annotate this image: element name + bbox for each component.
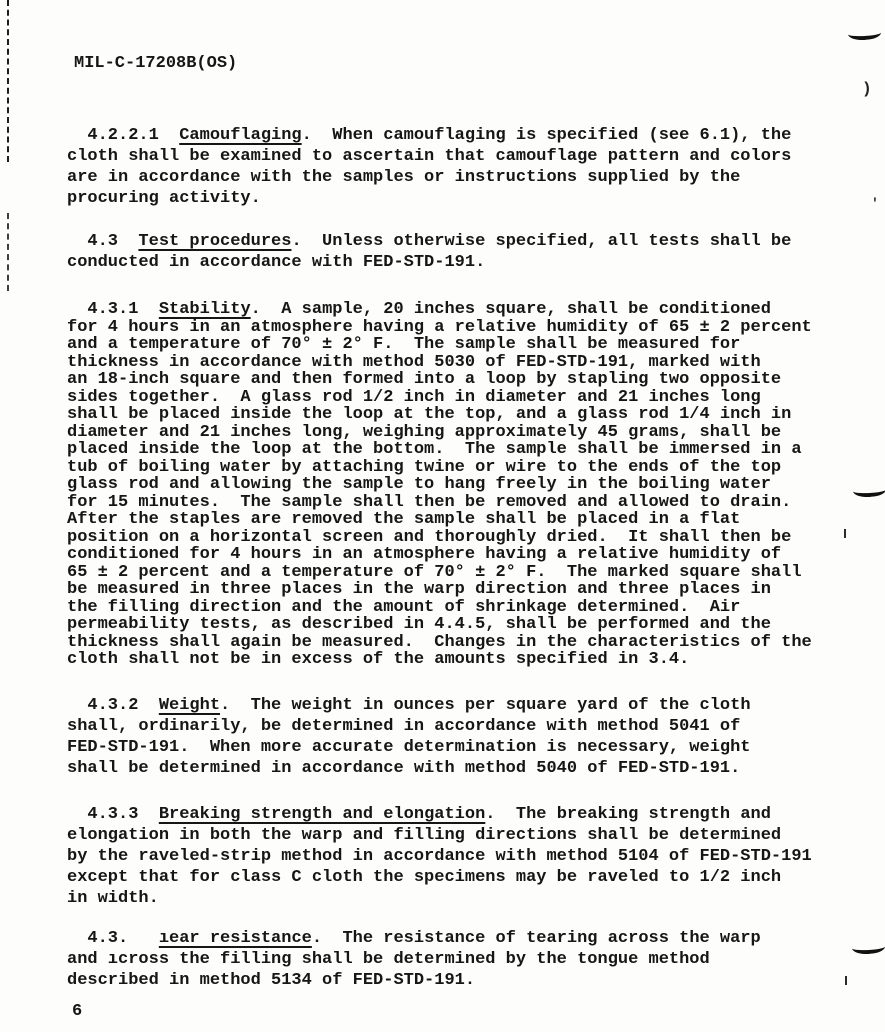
section-4-3-3-breaking-strength-and-elongation: 4.3.3 Breaking strength and elongation. … [67, 804, 857, 909]
document-header-id: MIL-C-17208B(OS) [74, 54, 237, 73]
text-line: FED-STD-191. When more accurate determin… [67, 737, 857, 758]
section-heading-text: . The breaking strength and [485, 805, 771, 824]
text-line: permeability tests, as described in 4.4.… [67, 616, 857, 634]
text-line: the filling direction and the amount of … [67, 599, 857, 617]
text-line: shall be determined in accordance with m… [67, 758, 857, 779]
scanned-document-page: ) ' MIL-C-17208B(OS) 4.2.2.1 Camouflagin… [0, 0, 885, 1032]
text-line: thickness in accordance with method 5030… [67, 354, 857, 372]
section-4-3-2-weight: 4.3.2 Weight. The weight in ounces per s… [67, 695, 857, 779]
section-number: 4.2.2.1 [67, 126, 179, 145]
scan-paren-mark-artifact: ) [862, 80, 872, 98]
text-line: and a temperature of 70° ± 2° F. The sam… [67, 336, 857, 354]
text-line: cloth shall be examined to ascertain tha… [67, 146, 857, 167]
section-title: Stability [159, 300, 251, 319]
text-line: elongation in both the warp and filling … [67, 825, 857, 846]
section-heading-line: 4.3 Test procedures. Unless otherwise sp… [67, 231, 857, 252]
section-title: Test procedures [138, 232, 291, 251]
text-line: placed inside the loop at the bottom. Th… [67, 441, 857, 459]
text-line: 65 ± 2 percent and a temperature of 70° … [67, 564, 857, 582]
section-title: Weight [159, 696, 220, 715]
text-line: conducted in accordance with FED-STD-191… [67, 252, 857, 273]
text-line: an 18-inch square and then formed into a… [67, 371, 857, 389]
section-heading-line: 4.3.2 Weight. The weight in ounces per s… [67, 695, 857, 716]
section-title: Camouflaging [179, 126, 301, 145]
section-heading-line: 4.3.1 Stability. A sample, 20 inches squ… [67, 301, 857, 319]
page-number: 6 [72, 1002, 82, 1021]
section-heading-text: . The resistance of tearing across the w… [312, 929, 761, 948]
text-line: cloth shall not be in excess of the amou… [67, 651, 857, 669]
text-line: After the staples are removed the sample… [67, 511, 857, 529]
section-number: 4.3. [67, 929, 159, 948]
text-line: by the raveled-strip method in accordanc… [67, 846, 857, 867]
text-line: for 15 minutes. The sample shall then be… [67, 494, 857, 512]
text-line: and ıcross the filling shall be determin… [67, 949, 857, 970]
text-line: in width. [67, 888, 857, 909]
section-heading-line: 4.3. ıear resistance. The resistance of … [67, 928, 857, 949]
section-4-3-tear-resistance: 4.3. ıear resistance. The resistance of … [67, 928, 857, 991]
scan-curl-mark-artifact [848, 26, 882, 41]
section-heading-text: . A sample, 20 inches square, shall be c… [251, 300, 771, 319]
text-line: diameter and 21 inches long, weighing ap… [67, 424, 857, 442]
section-title: Breaking strength and elongation [159, 805, 485, 824]
scan-edge-line-artifact [7, 213, 9, 291]
section-heading-text: . The weight in ounces per square yard o… [220, 696, 751, 715]
text-line: procuring activity. [67, 188, 857, 209]
text-line: tub of boiling water by attaching twine … [67, 459, 857, 477]
section-heading-line: 4.3.3 Breaking strength and elongation. … [67, 804, 857, 825]
section-number: 4.3.3 [67, 805, 159, 824]
scan-curl-mark-artifact [853, 483, 885, 498]
section-4-2-2-1-camouflaging: 4.2.2.1 Camouflaging. When camouflaging … [67, 125, 857, 209]
text-line: described in method 5134 of FED-STD-191. [67, 970, 857, 991]
document-body: 4.2.2.1 Camouflaging. When camouflaging … [67, 125, 857, 991]
section-4-3-test-procedures: 4.3 Test procedures. Unless otherwise sp… [67, 231, 857, 273]
text-line: sides together. A glass rod 1/2 inch in … [67, 389, 857, 407]
section-title: ıear resistance [159, 929, 312, 948]
text-line: shall, ordinarily, be determined in acco… [67, 716, 857, 737]
scan-edge-line-artifact [7, 0, 9, 162]
text-line: thickness shall again be measured. Chang… [67, 634, 857, 652]
scan-apostrophe-mark-artifact: ' [871, 196, 879, 211]
text-line: glass rod and allowing the sample to han… [67, 476, 857, 494]
text-line: shall be placed inside the loop at the t… [67, 406, 857, 424]
section-heading-text: . When camouflaging is specified (see 6.… [302, 126, 792, 145]
text-line: be measured in three places in the warp … [67, 581, 857, 599]
text-line: for 4 hours in an atmosphere having a re… [67, 319, 857, 337]
text-line: conditioned for 4 hours in an atmosphere… [67, 546, 857, 564]
section-number: 4.3.2 [67, 696, 159, 715]
section-heading-text: . Unless otherwise specified, all tests … [291, 232, 791, 251]
text-line: except that for class C cloth the specim… [67, 867, 857, 888]
text-line: position on a horizontal screen and thor… [67, 529, 857, 547]
text-line: are in accordance with the samples or in… [67, 167, 857, 188]
section-4-3-1-stability: 4.3.1 Stability. A sample, 20 inches squ… [67, 301, 857, 669]
section-number: 4.3 [67, 232, 138, 251]
section-number: 4.3.1 [67, 300, 159, 319]
section-heading-line: 4.2.2.1 Camouflaging. When camouflaging … [67, 125, 857, 146]
